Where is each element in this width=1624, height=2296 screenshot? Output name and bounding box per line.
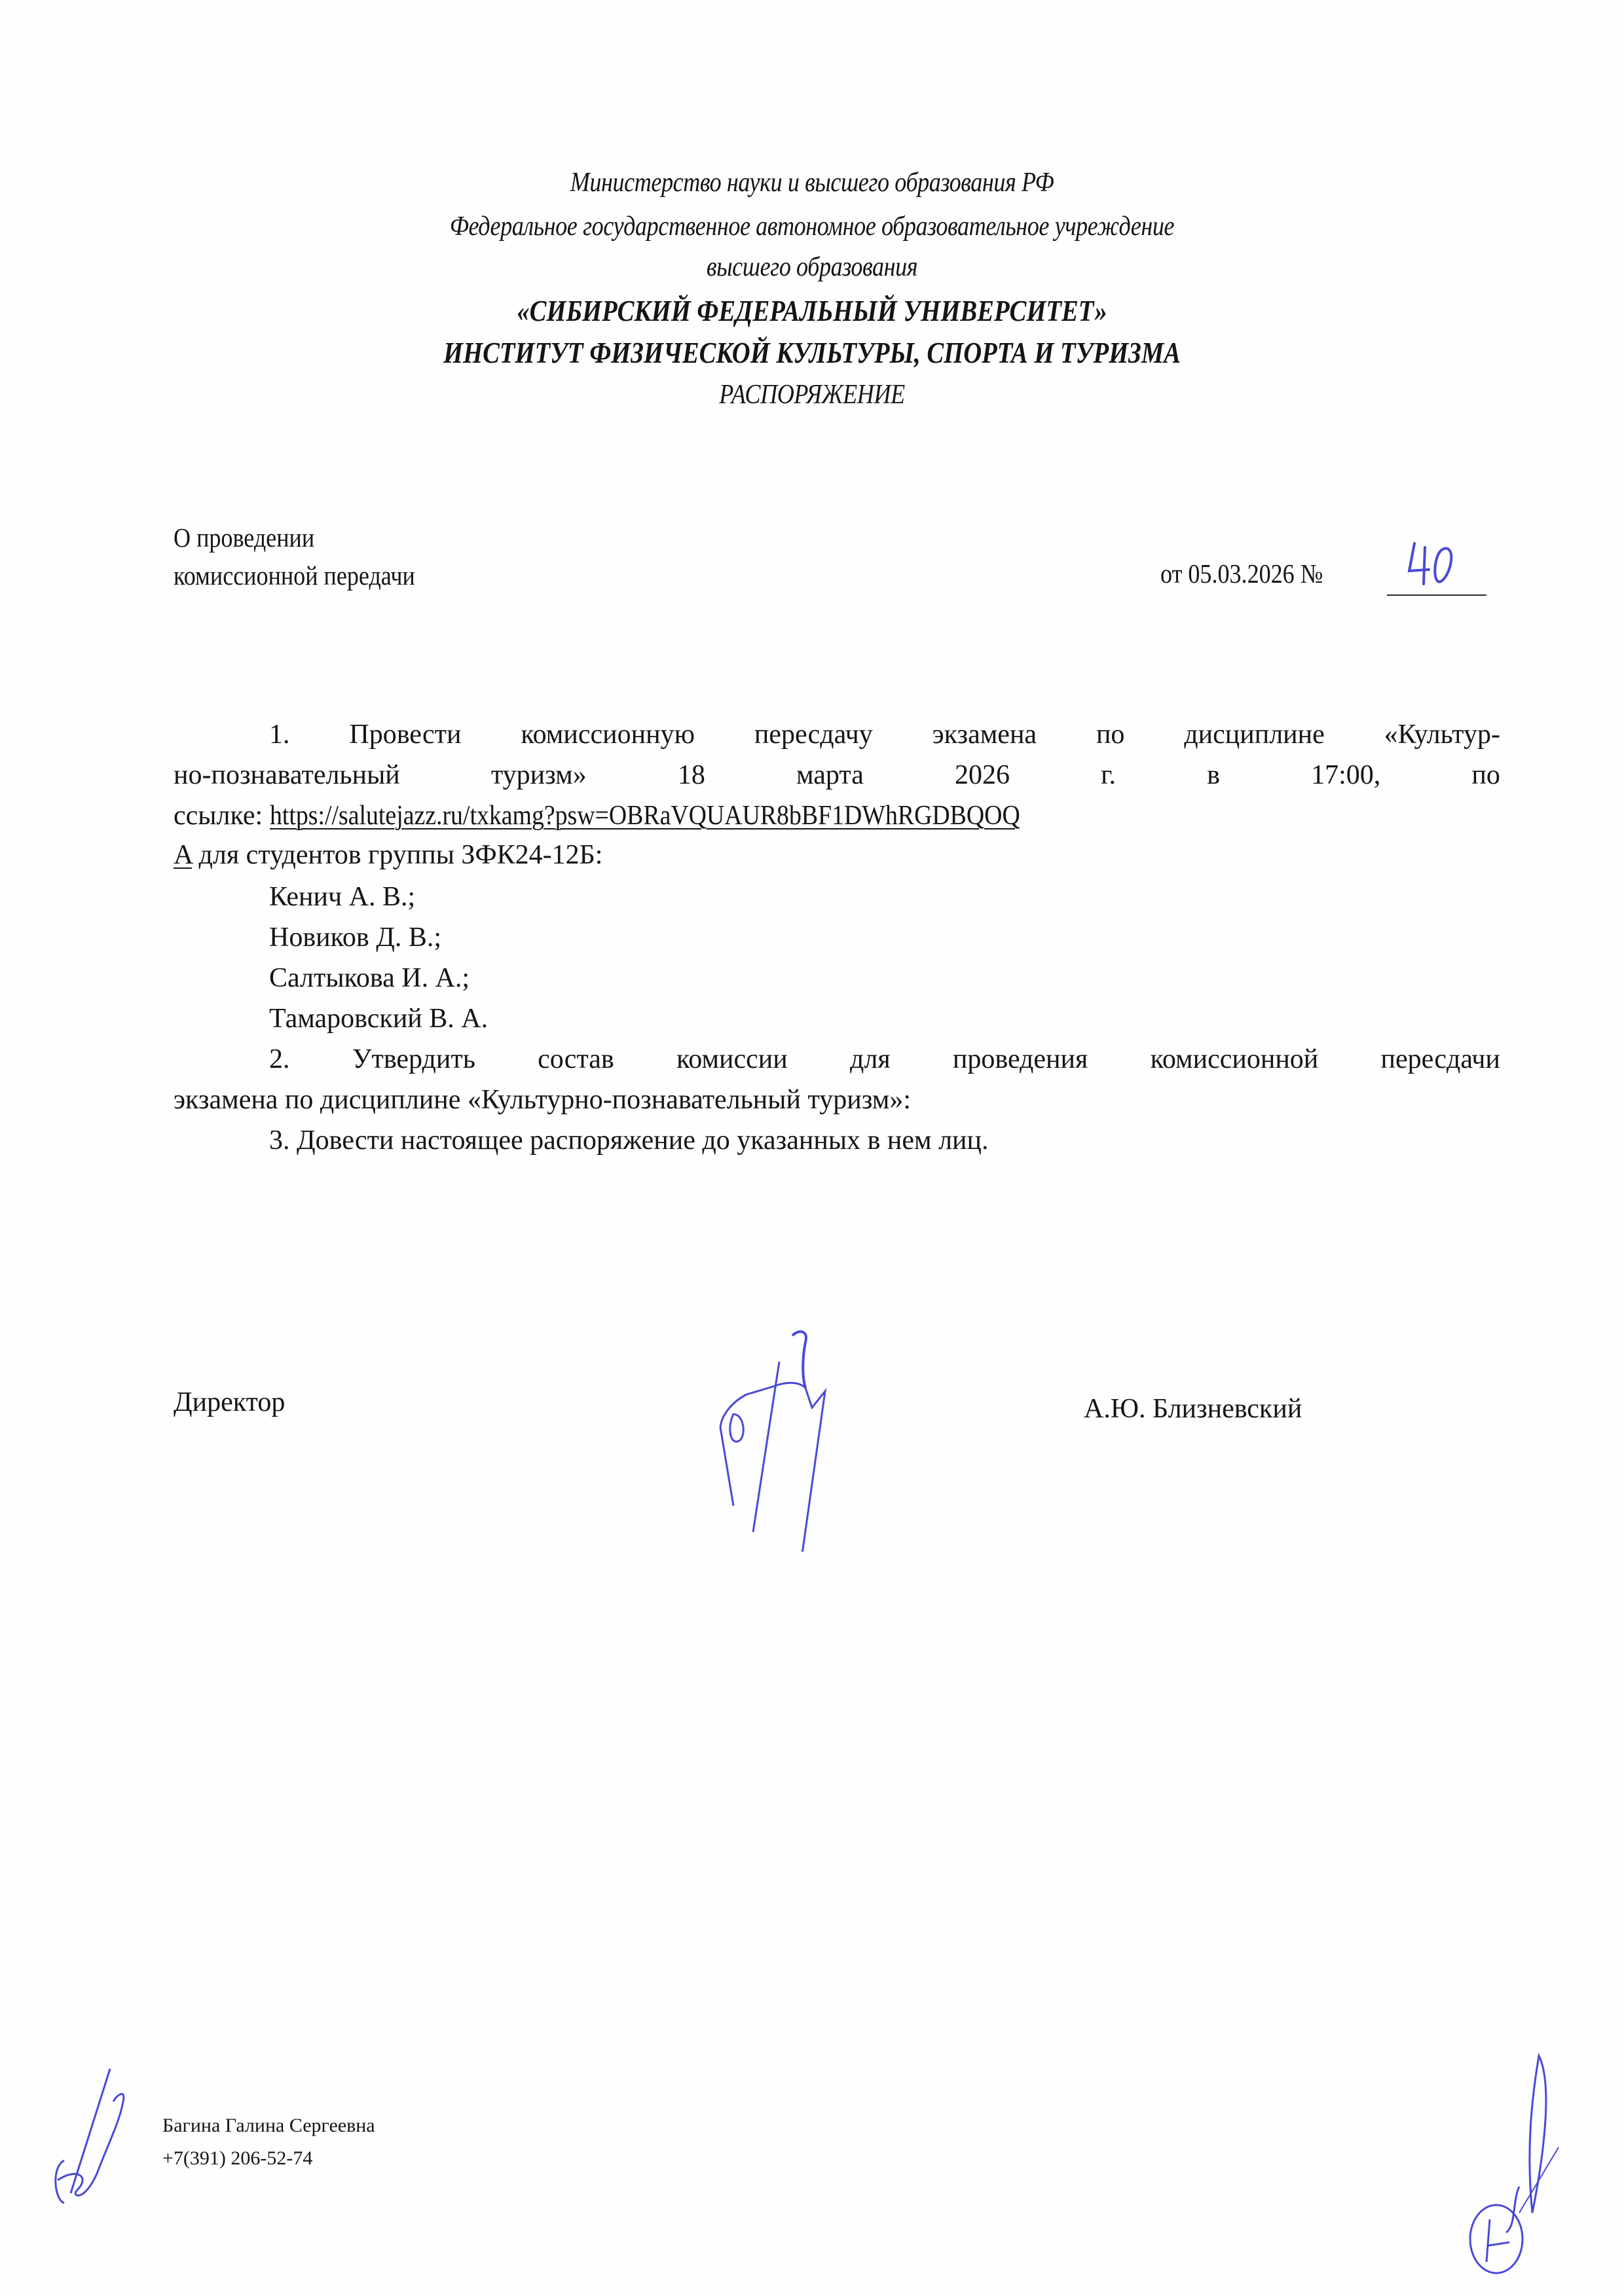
- word: по: [1471, 756, 1500, 795]
- student-item: Тамаровский В. А.: [174, 999, 1596, 1038]
- document-type: РАСПОРЯЖЕНИЕ: [114, 379, 1511, 410]
- institution-type-line-2: высшего образования: [114, 251, 1511, 283]
- word: 17:00,: [1311, 756, 1380, 795]
- word: но-познавательный: [174, 756, 400, 795]
- word: комиссионную: [521, 715, 695, 754]
- document-date: 05.03.2026: [1188, 558, 1294, 589]
- word: комиссионной: [1151, 1040, 1319, 1079]
- ministry-line: Министерство науки и высшего образования…: [114, 167, 1511, 198]
- document-page: Министерство науки и высшего образования…: [0, 0, 1624, 2296]
- word: по: [1096, 715, 1124, 754]
- item-2-line-1: 2. Утвердить состав комиссии для проведе…: [174, 1040, 1500, 1079]
- approval-signature-icon: [1460, 2016, 1578, 2278]
- word: пересдачу: [754, 715, 873, 754]
- meeting-link-continuation[interactable]: A: [174, 840, 192, 870]
- institute-name: ИНСТИТУТ ФИЗИЧЕСКОЙ КУЛЬТУРЫ, СПОРТА И Т…: [130, 335, 1494, 370]
- link-label: ссылке:: [174, 801, 263, 831]
- institution-type-line: Федеральное государственное автономное о…: [114, 211, 1511, 242]
- word: комиссии: [676, 1040, 788, 1079]
- number-sign: №: [1301, 558, 1323, 589]
- director-signature-icon: [681, 1316, 864, 1552]
- word: 1.: [269, 715, 290, 754]
- student-item: Кенич А. В.;: [174, 877, 1596, 917]
- word: в: [1207, 756, 1220, 795]
- university-name: «СИБИРСКИЙ ФЕДЕРАЛЬНЫЙ УНИВЕРСИТЕТ»: [130, 293, 1494, 328]
- word: Утвердить: [352, 1040, 475, 1079]
- subject-line-1: О проведении: [174, 519, 415, 556]
- item-2-line-2: экзамена по дисциплине «Культурно-познав…: [174, 1080, 1500, 1120]
- word: г.: [1101, 756, 1116, 795]
- word: проведения: [953, 1040, 1088, 1079]
- meeting-link[interactable]: https://salutejazz.ru/txkamg?psw=OBRaVQU…: [270, 796, 1020, 835]
- word: экзамена: [932, 715, 1037, 754]
- word: дисциплине: [1184, 715, 1324, 754]
- document-dateline: от 05.03.2026 №: [1160, 558, 1323, 589]
- student-item: Новиков Д. В.;: [174, 918, 1596, 957]
- document-subject: О проведении комиссионной передачи: [174, 519, 415, 594]
- word: Провести: [349, 715, 461, 754]
- contact-phone: +7(391) 206-52-74: [162, 2142, 375, 2175]
- word: состав: [538, 1040, 614, 1079]
- word: 2026: [955, 756, 1010, 795]
- word: пересдачи: [1381, 1040, 1500, 1079]
- contact-name: Багина Галина Сергеевна: [162, 2109, 375, 2142]
- word: для: [850, 1040, 891, 1079]
- subject-line-2: комиссионной передачи: [174, 556, 415, 594]
- word: 18: [678, 756, 705, 795]
- item-1-line-2: но-познавательный туризм» 18 марта 2026 …: [174, 756, 1500, 795]
- word: «Культур-: [1384, 715, 1500, 754]
- date-prefix: от: [1160, 558, 1182, 589]
- item-1-line-3: ссылке: https://salutejazz.ru/txkamg?psw…: [174, 796, 1500, 835]
- group-text: для студентов группы ЗФК24-12Б:: [192, 840, 602, 870]
- item-1-line-1: 1. Провести комиссионную пересдачу экзам…: [174, 715, 1500, 754]
- signatory-title: Директор: [174, 1387, 285, 1418]
- signatory-name: А.Ю. Близневский: [1084, 1393, 1302, 1425]
- contact-block: Багина Галина Сергеевна +7(391) 206-52-7…: [162, 2109, 375, 2175]
- number-underline: [1387, 594, 1486, 596]
- word: 2.: [269, 1040, 290, 1079]
- student-item: Салтыкова И. А.;: [174, 958, 1596, 998]
- word: марта: [796, 756, 864, 795]
- item-3: 3. Довести настоящее распоряжение до ука…: [174, 1121, 1596, 1160]
- item-1-line-4: A для студентов группы ЗФК24-12Б:: [174, 835, 1500, 875]
- word: туризм»: [491, 756, 587, 795]
- initials-signature-icon: [45, 2062, 143, 2213]
- handwritten-number-icon: 40: [1407, 541, 1459, 593]
